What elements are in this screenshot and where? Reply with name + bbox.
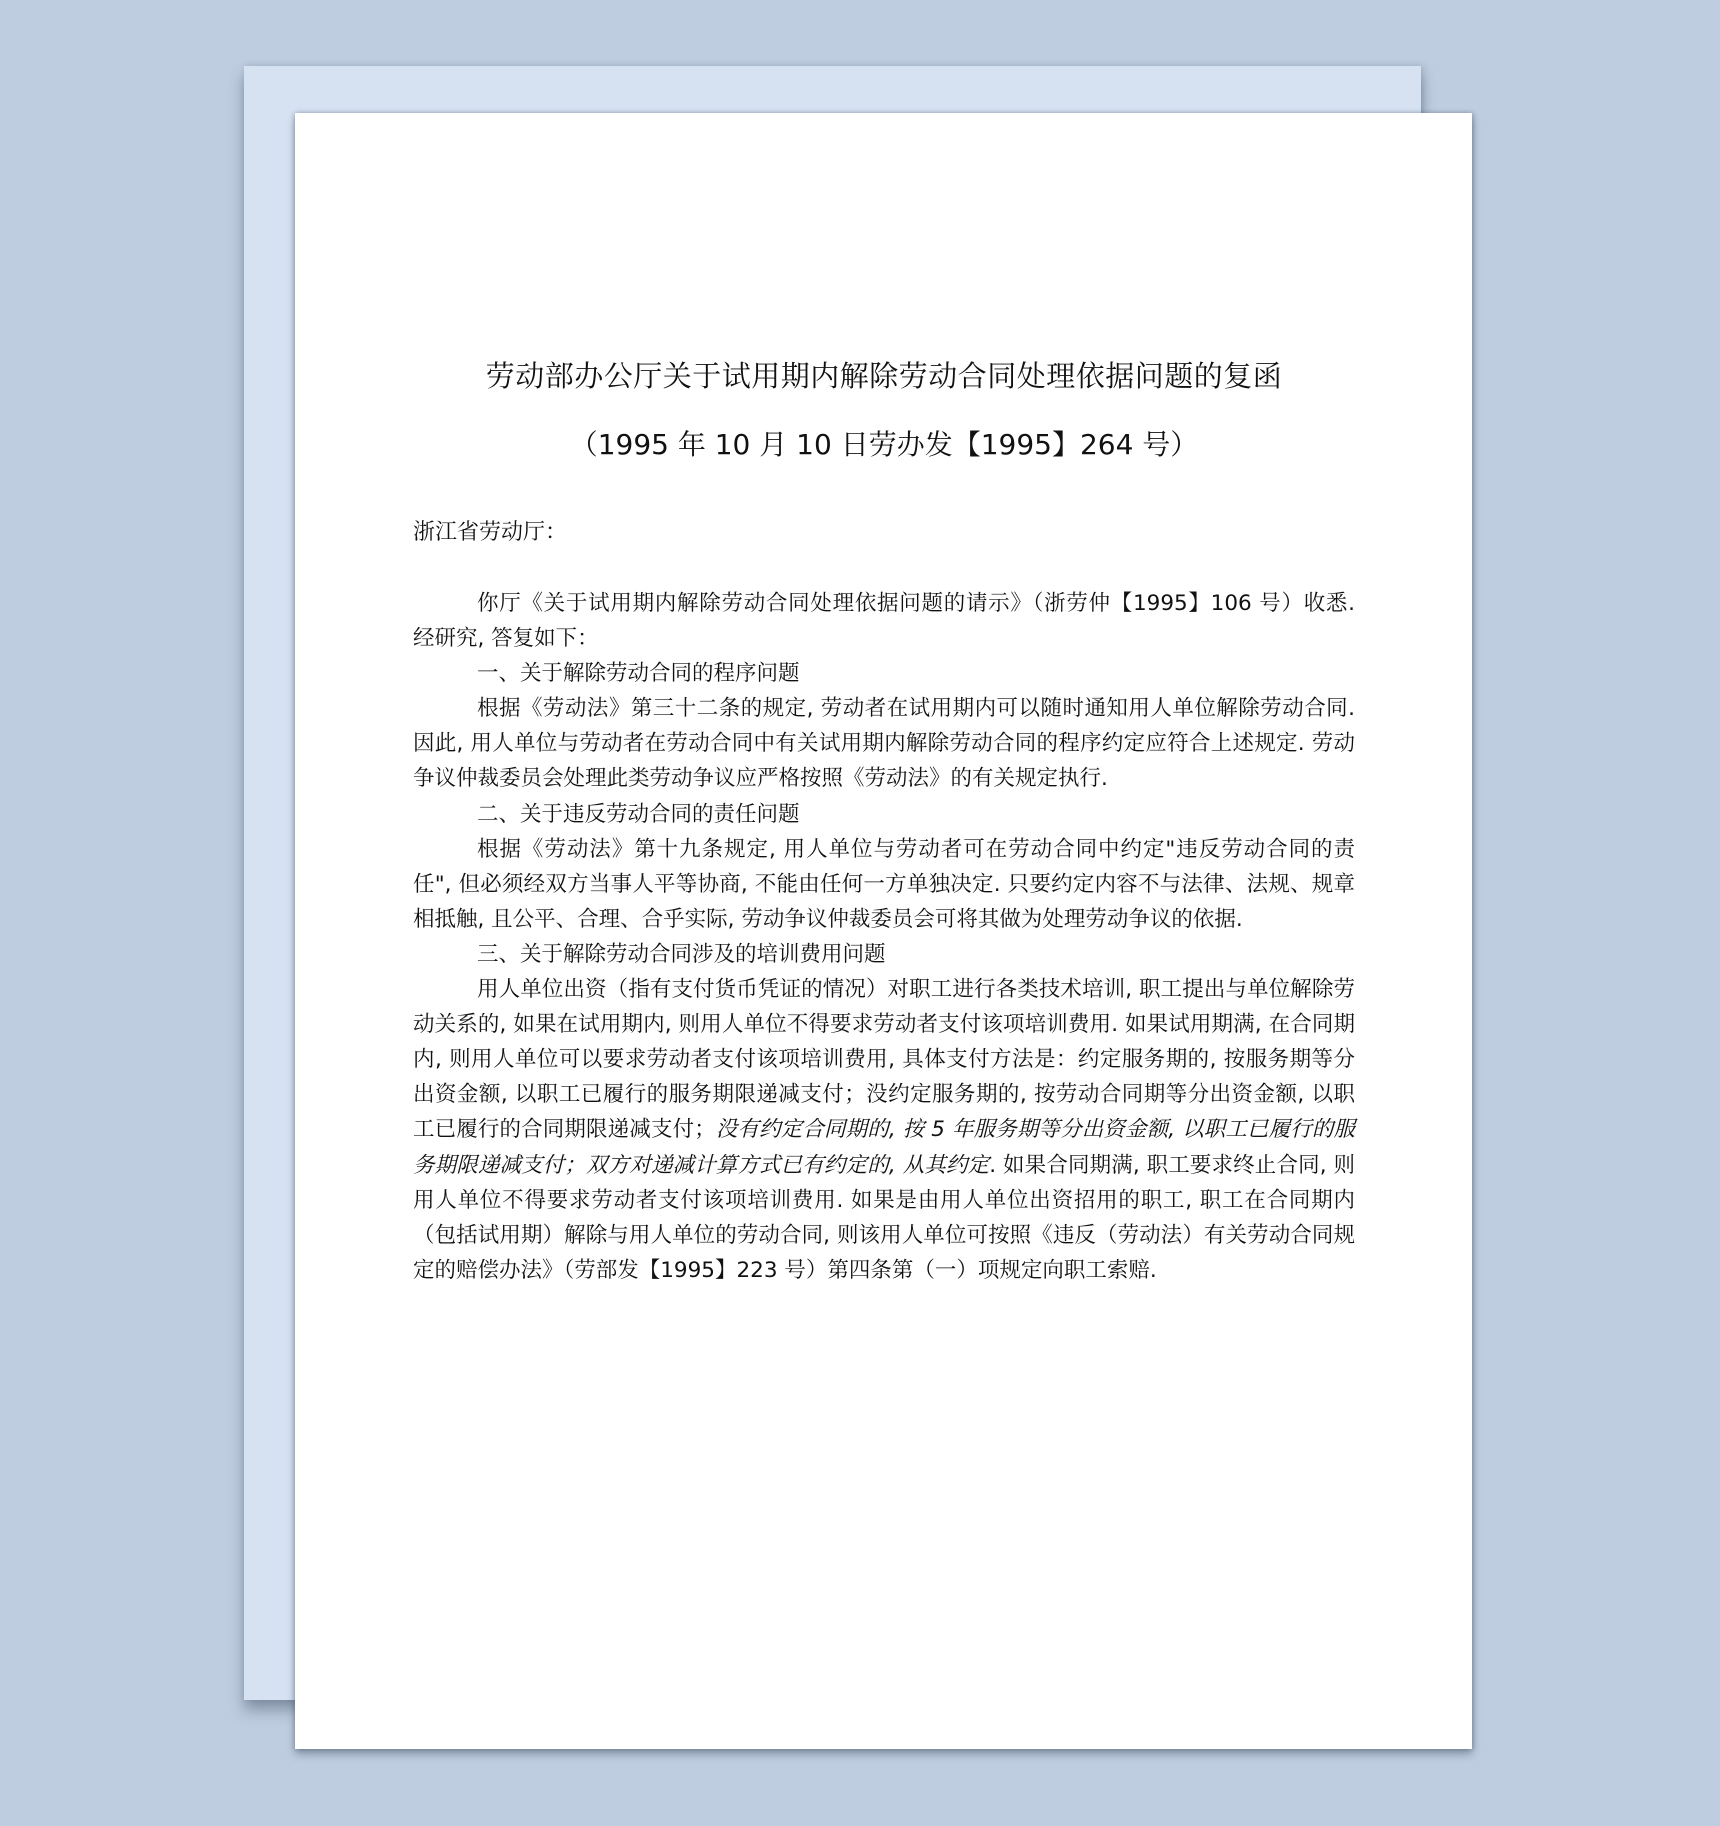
- section-paragraph-3: 用人单位出资（指有支付货币凭证的情况）对职工进行各类技术培训, 职工提出与单位解…: [413, 972, 1355, 1288]
- section-heading-1: 一、关于解除劳动合同的程序问题: [413, 656, 1355, 691]
- section-paragraph-2: 根据《劳动法》第十九条规定, 用人单位与劳动者可在劳动合同中约定"违反劳动合同的…: [413, 832, 1355, 937]
- salutation: 浙江省劳动厅：: [413, 516, 567, 550]
- document-body: 你厅《关于试用期内解除劳动合同处理依据问题的请示》（浙劳仲【1995】106 号…: [413, 586, 1355, 1288]
- document-subtitle: （1995 年 10 月 10 日劳办发【1995】264 号）: [413, 425, 1355, 465]
- section-heading-2: 二、关于违反劳动合同的责任问题: [413, 797, 1355, 832]
- section-paragraph-1: 根据《劳动法》第三十二条的规定, 劳动者在试用期内可以随时通知用人单位解除劳动合…: [413, 691, 1355, 796]
- document-page: 劳动部办公厅关于试用期内解除劳动合同处理依据问题的复函 （1995 年 10 月…: [295, 113, 1472, 1749]
- section-heading-3: 三、关于解除劳动合同涉及的培训费用问题: [413, 937, 1355, 972]
- document-title: 劳动部办公厅关于试用期内解除劳动合同处理依据问题的复函: [413, 356, 1355, 396]
- intro-paragraph: 你厅《关于试用期内解除劳动合同处理依据问题的请示》（浙劳仲【1995】106 号…: [413, 586, 1355, 656]
